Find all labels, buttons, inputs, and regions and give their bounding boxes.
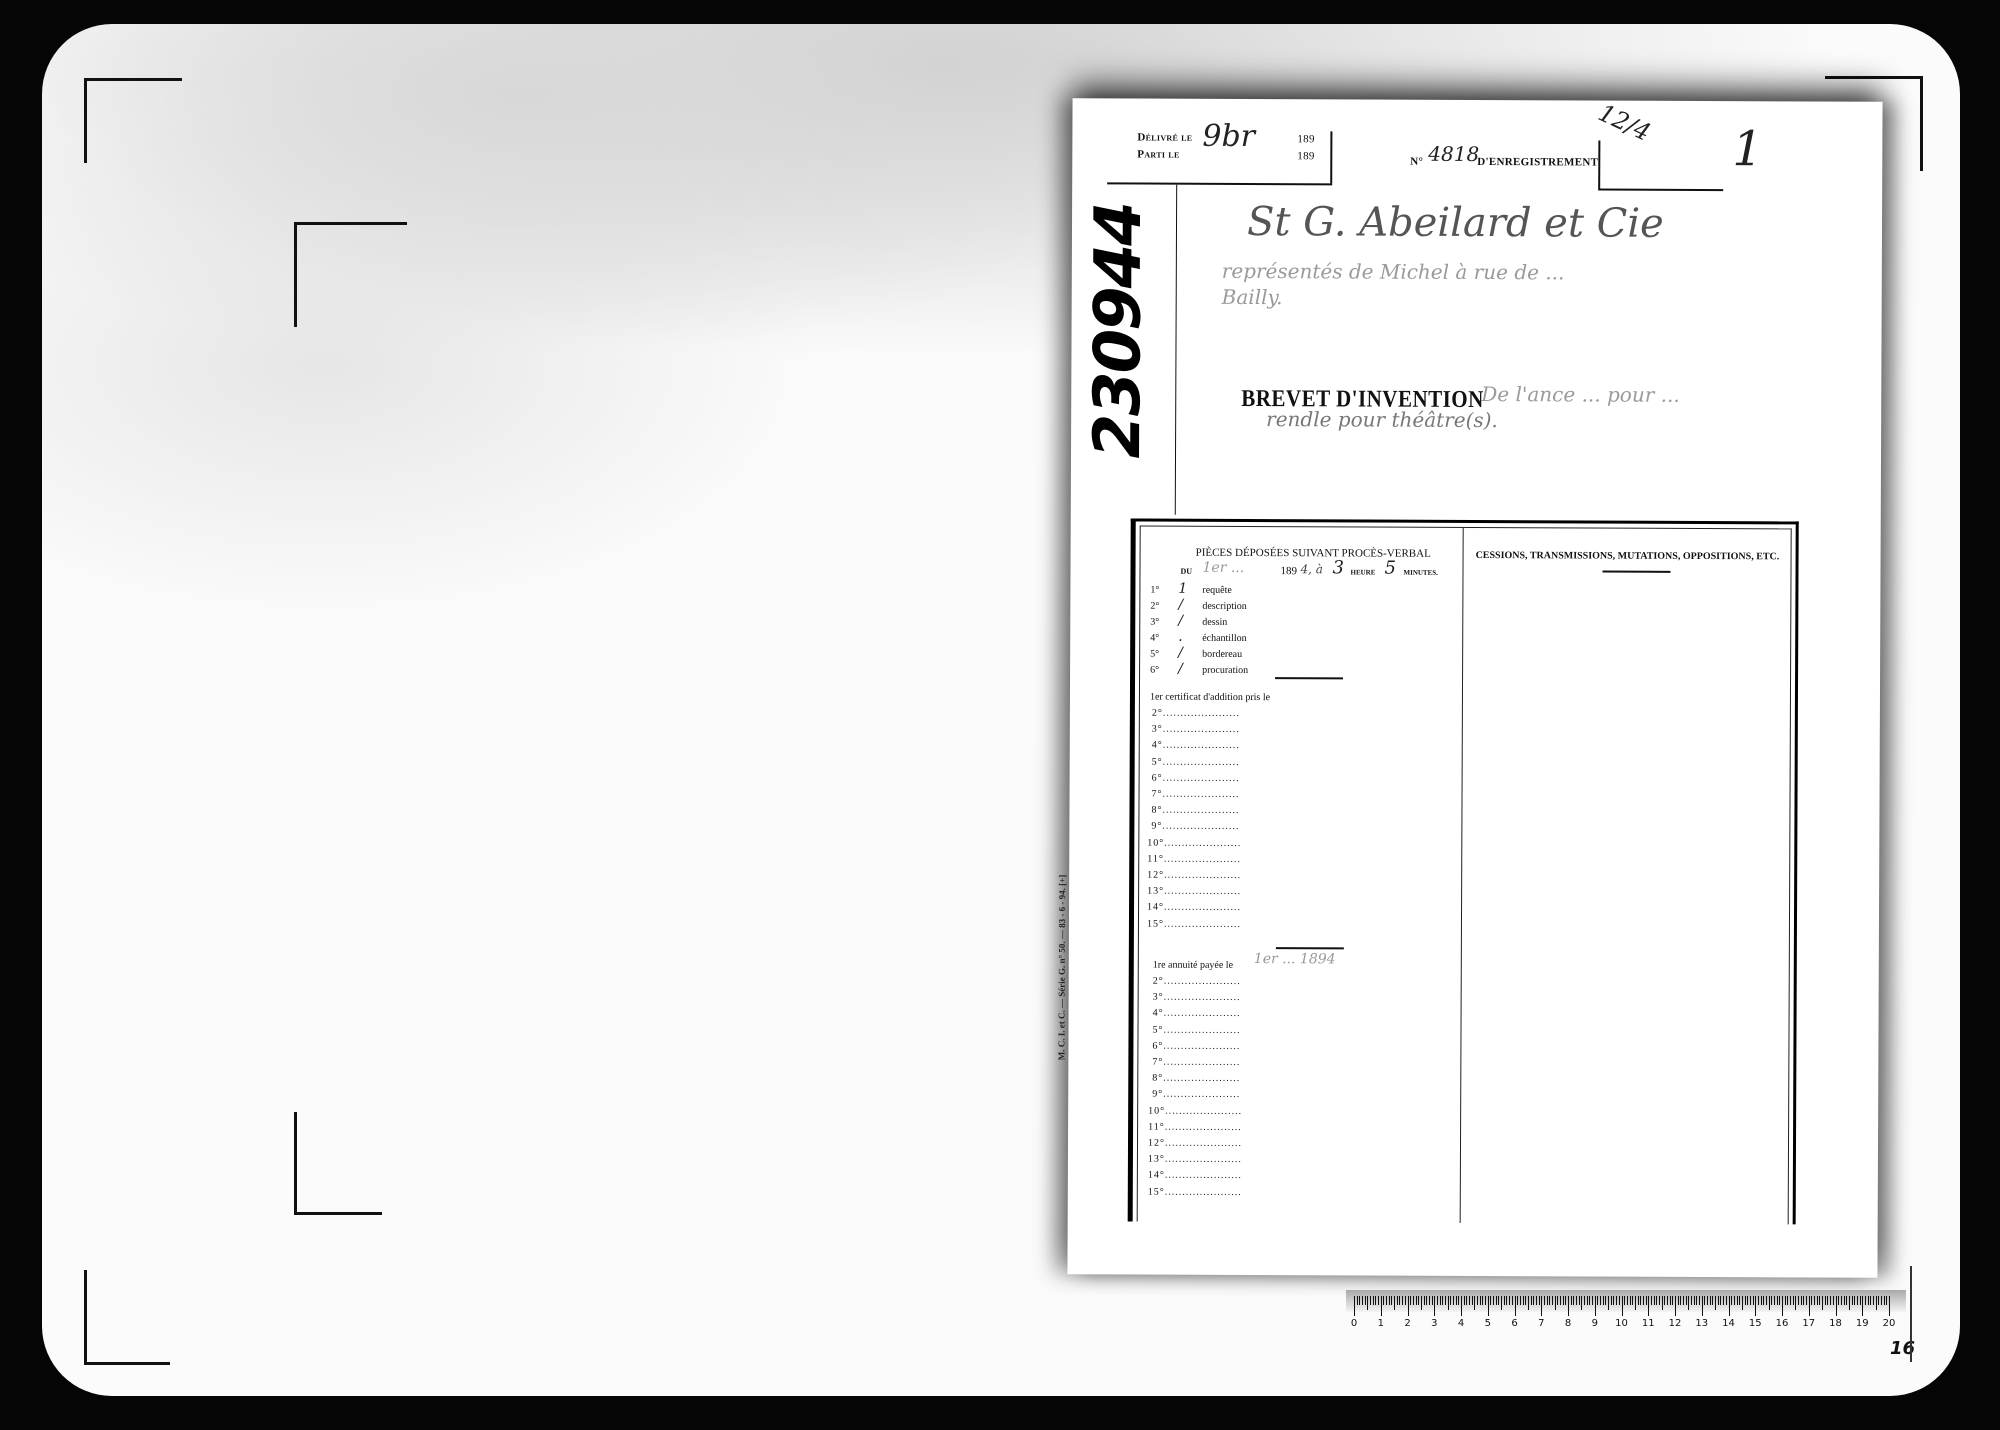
ruler-tick — [1640, 1296, 1641, 1305]
annuite-label: 1re annuité payée le — [1153, 960, 1233, 971]
dotted-entry-row: 12°...................... — [1148, 1138, 1242, 1149]
ruler-tick — [1466, 1296, 1467, 1305]
ruler-tick — [1638, 1296, 1639, 1305]
ruler-label: 8 — [1565, 1318, 1571, 1329]
ruler-tick — [1619, 1296, 1620, 1305]
ruler-tick — [1357, 1296, 1358, 1305]
ruler-tick — [1565, 1296, 1566, 1305]
ruler-tick — [1539, 1296, 1540, 1305]
ruler-tick — [1889, 1296, 1890, 1316]
ruler-tick — [1806, 1296, 1807, 1305]
ruler-tick — [1362, 1296, 1363, 1305]
ruler-tick — [1836, 1296, 1837, 1316]
ruler-label: 1 — [1378, 1318, 1384, 1329]
corner-number: 1 — [1732, 121, 1763, 177]
ruler-tick — [1474, 1296, 1475, 1310]
dotted-entry-row: 5°...................... — [1152, 1024, 1240, 1035]
ruler-tick — [1632, 1296, 1633, 1305]
ruler-tick — [1469, 1296, 1470, 1305]
ruler-tick — [1787, 1296, 1788, 1305]
ruler-tick — [1884, 1296, 1885, 1305]
cessions-separator — [1603, 571, 1671, 573]
ruler-label: 2 — [1404, 1318, 1410, 1329]
ruler-tick — [1523, 1296, 1524, 1305]
ruler-tick — [1405, 1296, 1406, 1305]
ruler-tick — [1563, 1296, 1564, 1305]
ruler-tick — [1370, 1296, 1371, 1305]
ruler-tick — [1870, 1296, 1871, 1305]
ruler-tick — [1520, 1296, 1521, 1305]
ruler-tick — [1531, 1296, 1532, 1305]
ruler-tick — [1485, 1296, 1486, 1305]
ruler-tick — [1777, 1296, 1778, 1305]
ruler-tick — [1461, 1296, 1462, 1316]
ruler-tick — [1769, 1296, 1770, 1310]
ruler-label: 0 — [1351, 1318, 1357, 1329]
piece-mark: / — [1178, 613, 1183, 629]
enregistrement-label: D'ENREGISTREMENT — [1477, 156, 1598, 169]
ruler-tick — [1458, 1296, 1459, 1305]
ruler-tick — [1589, 1296, 1590, 1305]
annuite-list: 2°......................3°..............… — [1141, 527, 1791, 530]
ruler-tick — [1547, 1296, 1548, 1305]
ruler-tick — [1747, 1296, 1748, 1305]
ruler-tick — [1825, 1296, 1826, 1305]
ruler-tick — [1712, 1296, 1713, 1305]
dotted-entry-row: 7°...................... — [1152, 789, 1240, 800]
dotted-entry-row: 9°...................... — [1151, 821, 1239, 832]
ruler-tick — [1581, 1296, 1582, 1310]
ruler-tick — [1456, 1296, 1457, 1305]
register-box-bottom — [1598, 189, 1723, 192]
ruler-label: 17 — [1802, 1318, 1815, 1329]
dotted-entry-row: 14°...................... — [1148, 1170, 1242, 1181]
ruler-tick — [1715, 1296, 1716, 1310]
numero-handwritten: 4818 — [1428, 142, 1479, 166]
brevet-subject-1: De l'ance ... pour ... — [1481, 382, 1680, 407]
ruler-tick — [1627, 1296, 1628, 1305]
ruler-tick — [1680, 1296, 1681, 1305]
ruler-tick — [1440, 1296, 1441, 1305]
ruler-tick — [1605, 1296, 1606, 1305]
pieces-list: 1°1requête2°/description3°/dessin4°.écha… — [1141, 527, 1791, 530]
ruler-tick — [1646, 1296, 1647, 1305]
ruler-tick — [1397, 1296, 1398, 1305]
ruler-tick — [1448, 1296, 1449, 1310]
ruler-tick — [1675, 1296, 1676, 1316]
ruler-tick — [1731, 1296, 1732, 1305]
ruler-tick — [1378, 1296, 1379, 1305]
ruler-tick — [1512, 1296, 1513, 1305]
ruler-tick — [1367, 1296, 1368, 1310]
ruler-tick — [1766, 1296, 1767, 1305]
ruler-tick — [1750, 1296, 1751, 1305]
ruler-tick — [1790, 1296, 1791, 1305]
ruler-tick — [1643, 1296, 1644, 1305]
dotted-entry-row: 2°...................... — [1152, 708, 1240, 719]
ruler-tick — [1515, 1296, 1516, 1316]
ruler-tick — [1854, 1296, 1855, 1305]
dotted-entry-row: 7°...................... — [1152, 1057, 1240, 1068]
ruler-tick — [1426, 1296, 1427, 1305]
ruler-tick — [1774, 1296, 1775, 1305]
certificat-list: 2°......................3°..............… — [1141, 527, 1791, 530]
ruler-tick — [1862, 1296, 1863, 1316]
ruler-tick — [1603, 1296, 1604, 1305]
heure-handwritten: 3 — [1332, 557, 1344, 578]
ruler-tick — [1482, 1296, 1483, 1305]
dotted-entry-row: 14°...................... — [1147, 902, 1241, 913]
ruler-tick — [1408, 1296, 1409, 1316]
du-handwritten: 1er ... — [1202, 560, 1244, 576]
ruler-tick — [1576, 1296, 1577, 1305]
register-box-left — [1598, 141, 1600, 189]
ruler-tick — [1595, 1296, 1596, 1316]
ruler-tick — [1686, 1296, 1687, 1305]
ruler-tick — [1442, 1296, 1443, 1305]
du-label: DU — [1180, 567, 1192, 576]
ruler-tick — [1852, 1296, 1853, 1305]
ruler-tick — [1544, 1296, 1545, 1305]
ruler-tick — [1541, 1296, 1542, 1316]
ruler-tick — [1758, 1296, 1759, 1305]
ruler-tick — [1624, 1296, 1625, 1305]
delivre-label: Délivré le — [1137, 132, 1192, 144]
ruler-label: 9 — [1592, 1318, 1598, 1329]
ruler-tick — [1472, 1296, 1473, 1305]
piece-number: 3° — [1150, 617, 1159, 628]
ruler-tick — [1597, 1296, 1598, 1305]
ruler-tick — [1573, 1296, 1574, 1305]
piece-mark: / — [1178, 645, 1183, 661]
ruler-tick — [1704, 1296, 1705, 1305]
ruler-tick — [1720, 1296, 1721, 1305]
ruler-tick — [1793, 1296, 1794, 1305]
ruler-tick — [1421, 1296, 1422, 1310]
ruler-tick — [1795, 1296, 1796, 1310]
piece-label: bordereau — [1202, 649, 1242, 660]
ruler-tick — [1771, 1296, 1772, 1305]
ruler-tick — [1608, 1296, 1609, 1310]
piece-mark: . — [1178, 629, 1183, 645]
ruler-tick — [1432, 1296, 1433, 1305]
minutes-handwritten: 5 — [1384, 558, 1396, 579]
ruler-label: 5 — [1485, 1318, 1491, 1329]
ruler-label: 14 — [1722, 1318, 1735, 1329]
dotted-entry-row: 8°...................... — [1152, 1073, 1240, 1084]
ruler-tick — [1525, 1296, 1526, 1305]
dotted-entry-row: 6°...................... — [1152, 772, 1240, 783]
annuite-separator — [1276, 947, 1344, 949]
ruler-tick — [1761, 1296, 1762, 1305]
ruler-tick — [1723, 1296, 1724, 1305]
ruler-tick — [1755, 1296, 1756, 1316]
numero-label: N° — [1410, 156, 1423, 168]
ruler-tick — [1480, 1296, 1481, 1305]
ruler-tick — [1785, 1296, 1786, 1305]
ruler-tick — [1737, 1296, 1738, 1305]
fraction-handwritten: 12/4 — [1594, 98, 1655, 146]
registration-number-vertical: 230944 — [1081, 203, 1156, 459]
ruler-tick — [1635, 1296, 1636, 1310]
ruler-tick — [1496, 1296, 1497, 1305]
ruler-tick — [1830, 1296, 1831, 1305]
piece-label: dessin — [1202, 617, 1227, 628]
ruler-tick — [1664, 1296, 1665, 1305]
delivre-handwritten: 9br — [1202, 119, 1255, 154]
dotted-entry-row: 8°...................... — [1151, 805, 1239, 816]
patent-record-card: Délivré le Parti le 9br 189 189 N° 4818 … — [1067, 98, 1882, 1278]
ruler-tick — [1662, 1296, 1663, 1310]
ruler-tick — [1782, 1296, 1783, 1316]
ruler-tick — [1533, 1296, 1534, 1305]
ruler-label: 7 — [1538, 1318, 1544, 1329]
ruler-tick — [1678, 1296, 1679, 1305]
ruler-tick — [1849, 1296, 1850, 1310]
ruler-tick — [1437, 1296, 1438, 1305]
ruler-label: 15 — [1749, 1318, 1762, 1329]
ruler-tick — [1833, 1296, 1834, 1305]
ruler-tick — [1600, 1296, 1601, 1305]
piece-number: 2° — [1150, 601, 1159, 612]
piece-label: échantillon — [1202, 633, 1246, 644]
ruler-tick — [1571, 1296, 1572, 1305]
piece-mark: / — [1178, 597, 1183, 613]
annuite-handwritten: 1er ... 1894 — [1254, 951, 1336, 967]
ruler-tick — [1359, 1296, 1360, 1305]
applicant-line-2: représentés de Michel à rue de ... — [1222, 259, 1565, 284]
ruler-tick — [1391, 1296, 1392, 1305]
crop-mark-top-left — [84, 78, 182, 163]
ruler-label: 6 — [1511, 1318, 1517, 1329]
ruler-tick — [1504, 1296, 1505, 1305]
ruler-label: 12 — [1669, 1318, 1682, 1329]
ruler-label: 16 — [1776, 1318, 1789, 1329]
ruler-tick — [1373, 1296, 1374, 1305]
applicant-name: St G. Abeilard et Cie — [1247, 199, 1664, 247]
piece-label: description — [1202, 601, 1246, 612]
ruler-tick — [1450, 1296, 1451, 1305]
ruler-tick — [1424, 1296, 1425, 1305]
dotted-entry-row: 10°...................... — [1147, 837, 1241, 848]
ruler-tick — [1819, 1296, 1820, 1305]
dotted-entry-row: 13°...................... — [1147, 886, 1241, 897]
ruler-tick — [1779, 1296, 1780, 1305]
ruler-tick — [1630, 1296, 1631, 1305]
ruler-tick — [1672, 1296, 1673, 1305]
ruler-tick — [1742, 1296, 1743, 1310]
ruler-tick — [1592, 1296, 1593, 1305]
ruler-tick — [1702, 1296, 1703, 1316]
dotted-entry-row: 9°...................... — [1152, 1089, 1240, 1100]
ruler-tick — [1739, 1296, 1740, 1305]
ruler-tick — [1763, 1296, 1764, 1305]
ruler-tick — [1878, 1296, 1879, 1305]
ruler-tick — [1876, 1296, 1877, 1310]
piece-label: procuration — [1202, 665, 1248, 676]
ruler-tick — [1694, 1296, 1695, 1305]
ruler-tick — [1857, 1296, 1858, 1305]
ruler-tick — [1817, 1296, 1818, 1305]
ruler-tick — [1838, 1296, 1839, 1305]
ruler-tick — [1386, 1296, 1387, 1305]
ruler-tick — [1445, 1296, 1446, 1305]
ruler-tick — [1753, 1296, 1754, 1305]
certificat-label: 1er certificat d'addition pris le — [1150, 692, 1270, 704]
dotted-entry-row: 2°...................... — [1153, 976, 1241, 987]
ruler-label: 3 — [1431, 1318, 1437, 1329]
ruler-tick — [1490, 1296, 1491, 1305]
piece-mark: 1 — [1178, 581, 1187, 597]
scale-ruler: 01234567891011121314151617181920 — [1346, 1290, 1906, 1352]
register-table: PIÈCES DÉPOSÉES SUIVANT PROCÈS-VERBAL DU… — [1128, 518, 1799, 1224]
ruler-tick — [1822, 1296, 1823, 1310]
ruler-tick — [1873, 1296, 1874, 1305]
ruler-tick — [1611, 1296, 1612, 1305]
heure-label: HEURE — [1350, 568, 1375, 576]
margin-rule — [1175, 185, 1177, 515]
dotted-entry-row: 11°...................... — [1148, 1121, 1242, 1132]
ruler-tick — [1389, 1296, 1390, 1305]
dotted-entry-row: 6°...................... — [1152, 1040, 1240, 1051]
ruler-tick — [1798, 1296, 1799, 1305]
ruler-tick — [1416, 1296, 1417, 1305]
ruler-tick — [1860, 1296, 1861, 1305]
ruler-tick — [1846, 1296, 1847, 1305]
ruler-tick — [1827, 1296, 1828, 1305]
ruler-tick — [1683, 1296, 1684, 1305]
piece-number: 4° — [1150, 633, 1159, 644]
ruler-tick — [1418, 1296, 1419, 1305]
ruler-tick — [1745, 1296, 1746, 1305]
ruler-tick — [1464, 1296, 1465, 1305]
dotted-entry-row: 3°...................... — [1153, 992, 1241, 1003]
ruler-tick — [1453, 1296, 1454, 1305]
ruler-tick — [1354, 1296, 1355, 1316]
ruler-tick — [1688, 1296, 1689, 1310]
ruler-tick — [1399, 1296, 1400, 1305]
column-divider — [1460, 528, 1464, 1223]
header-box-right — [1330, 131, 1332, 183]
cessions-heading: CESSIONS, TRANSMISSIONS, MUTATIONS, OPPO… — [1476, 550, 1780, 562]
parti-label: Parti le — [1137, 149, 1179, 161]
ruler-tick — [1809, 1296, 1810, 1316]
piece-number: 6° — [1150, 665, 1159, 676]
ruler-tick — [1488, 1296, 1489, 1316]
ruler-tick — [1587, 1296, 1588, 1305]
ruler-tick — [1868, 1296, 1869, 1305]
ruler-label: 19 — [1856, 1318, 1869, 1329]
ruler-tick — [1865, 1296, 1866, 1305]
ruler-tick — [1375, 1296, 1376, 1305]
dotted-entry-row: 15°...................... — [1148, 1186, 1242, 1197]
piece-number: 1° — [1150, 585, 1159, 596]
ruler-tick — [1410, 1296, 1411, 1305]
dotted-entry-row: 10°...................... — [1148, 1105, 1242, 1116]
ruler-tick — [1841, 1296, 1842, 1305]
ruler-tick — [1381, 1296, 1382, 1316]
ruler-tick — [1699, 1296, 1700, 1305]
piece-number: 5° — [1150, 649, 1159, 660]
dotted-entry-row: 3°...................... — [1152, 724, 1240, 735]
piece-mark: / — [1178, 661, 1183, 677]
ruler-tick — [1493, 1296, 1494, 1305]
year-1: 189 — [1297, 133, 1314, 145]
ruler-tick — [1560, 1296, 1561, 1305]
ruler-tick — [1434, 1296, 1435, 1316]
applicant-line-3: Bailly. — [1222, 285, 1283, 309]
piece-label: requête — [1202, 585, 1231, 596]
ruler-tick — [1477, 1296, 1478, 1305]
ruler-tick — [1656, 1296, 1657, 1305]
dotted-entry-row: 11°...................... — [1147, 853, 1241, 864]
ruler-tick — [1402, 1296, 1403, 1305]
ruler-tick — [1881, 1296, 1882, 1305]
ruler-tick — [1383, 1296, 1384, 1305]
ruler-tick — [1616, 1296, 1617, 1305]
dotted-entry-row: 13°...................... — [1148, 1154, 1242, 1165]
inner-mark-top-left — [294, 222, 407, 327]
ruler-tick — [1613, 1296, 1614, 1305]
ruler-label: 20 — [1883, 1318, 1896, 1329]
ruler-tick — [1501, 1296, 1502, 1310]
ruler-tick — [1811, 1296, 1812, 1305]
ruler-tick — [1549, 1296, 1550, 1305]
ruler-tick — [1584, 1296, 1585, 1305]
ruler-tick — [1555, 1296, 1556, 1310]
ruler-label: 10 — [1615, 1318, 1628, 1329]
ruler-tick — [1557, 1296, 1558, 1305]
ruler-tick — [1814, 1296, 1815, 1305]
ruler-tick — [1365, 1296, 1366, 1305]
ruler-label: 11 — [1642, 1318, 1655, 1329]
dotted-entry-row: 12°...................... — [1147, 870, 1241, 881]
printer-note: M. C. I. et C. — Série G. n° 50. — 83 - … — [1056, 875, 1067, 1060]
ruler-tick — [1718, 1296, 1719, 1305]
ruler-tick — [1394, 1296, 1395, 1310]
ruler-tick — [1654, 1296, 1655, 1305]
ruler-tick — [1696, 1296, 1697, 1305]
ruler-tick — [1552, 1296, 1553, 1305]
year-2: 189 — [1297, 150, 1314, 162]
ruler-tick — [1726, 1296, 1727, 1305]
ruler-tick — [1648, 1296, 1649, 1316]
ruler-tick — [1528, 1296, 1529, 1310]
crop-mark-bottom-left — [84, 1270, 170, 1365]
minutes-label: MINUTES. — [1403, 569, 1437, 577]
ruler-label: 18 — [1829, 1318, 1842, 1329]
ruler-label: 4 — [1458, 1318, 1464, 1329]
ruler-tick — [1622, 1296, 1623, 1316]
ruler-tick — [1670, 1296, 1671, 1305]
ruler-tick — [1707, 1296, 1708, 1305]
year-handwritten: 4, à — [1300, 562, 1322, 576]
ruler-tick — [1506, 1296, 1507, 1305]
ruler-tick — [1651, 1296, 1652, 1305]
ruler-tick — [1710, 1296, 1711, 1305]
ruler-tick — [1579, 1296, 1580, 1305]
dotted-entry-row: 5°...................... — [1152, 756, 1240, 767]
ruler-tick — [1536, 1296, 1537, 1305]
ruler-tick — [1734, 1296, 1735, 1305]
inner-mark-bottom-left — [294, 1112, 382, 1215]
ruler-tick — [1659, 1296, 1660, 1305]
dotted-entry-row: 4°...................... — [1153, 1008, 1241, 1019]
header-box-bottom — [1107, 182, 1332, 185]
brevet-subject-2: rendle pour théâtre(s). — [1266, 407, 1498, 432]
ruler-tick — [1517, 1296, 1518, 1305]
ruler-tick — [1429, 1296, 1430, 1305]
